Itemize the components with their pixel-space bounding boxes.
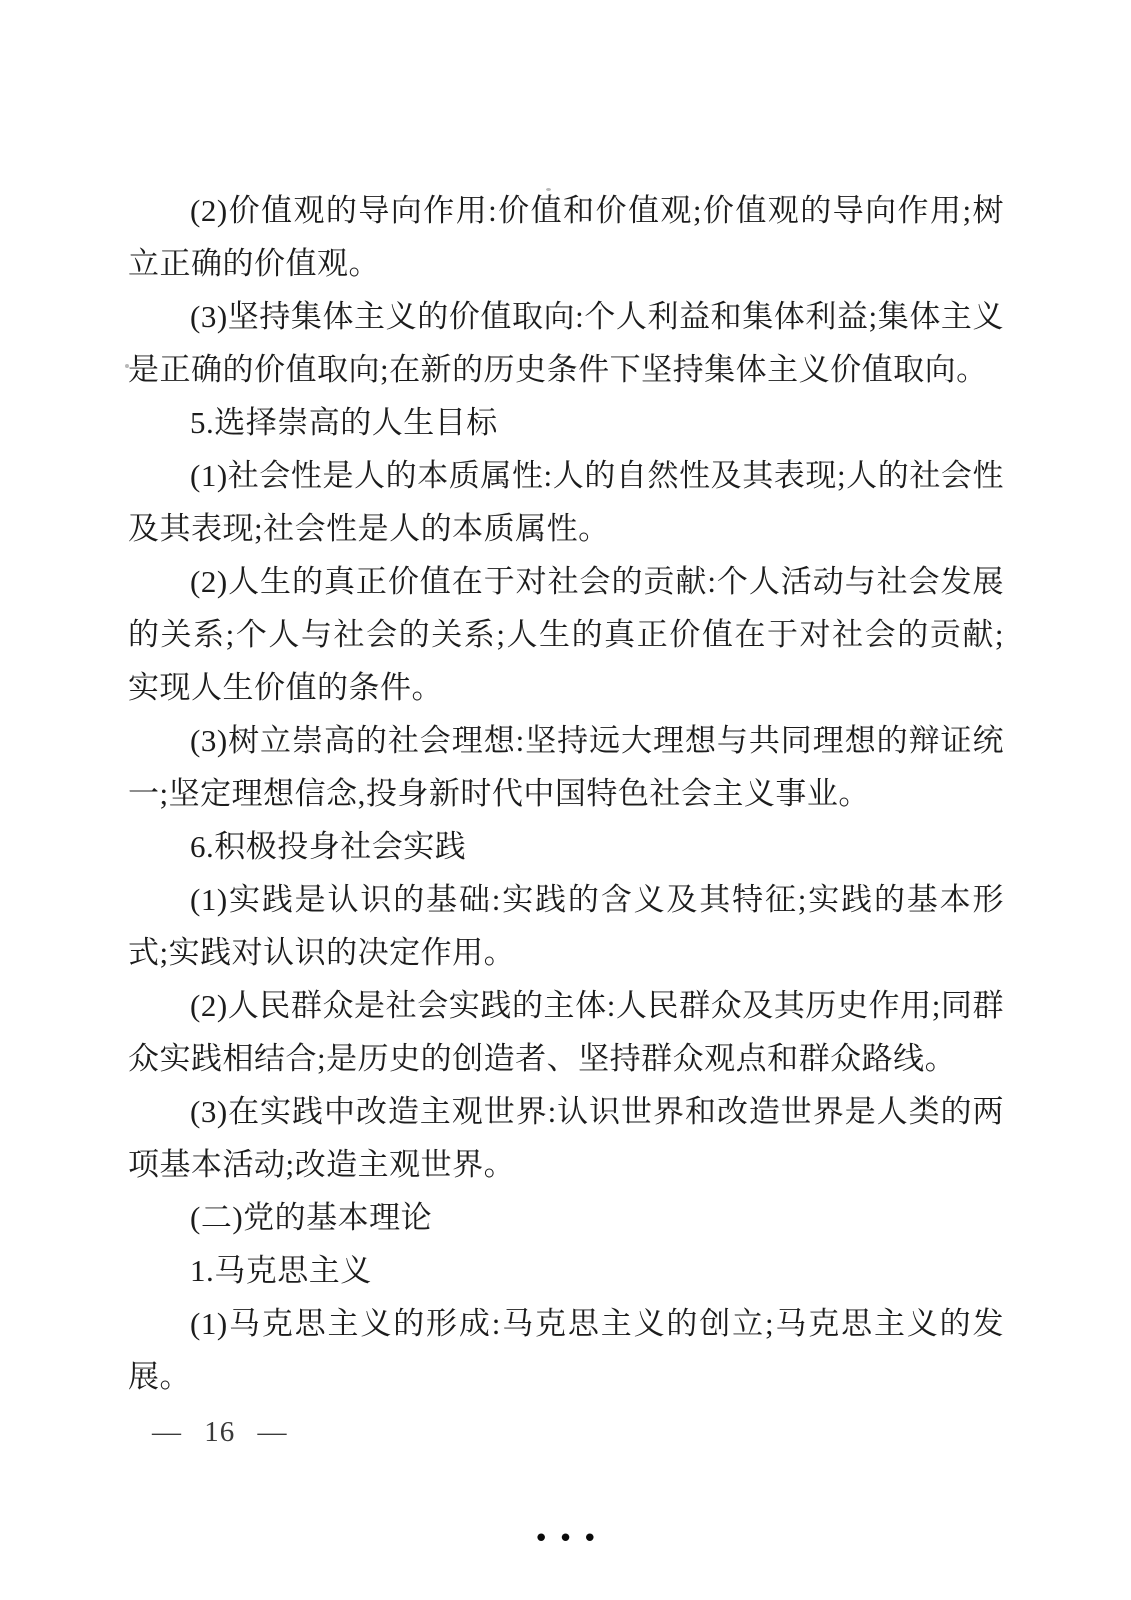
- document-content: (2)价值观的导向作用:价值和价值观;价值观的导向作用;树立正确的价值观。 (3…: [128, 184, 1004, 1403]
- para-1-practice-basis: (1)实践是认识的基础:实践的含义及其特征;实践的基本形式;实践对认识的决定作用…: [128, 873, 1004, 979]
- para-3-collectivism-orientation: (3)坚持集体主义的价值取向:个人利益和集体利益;集体主义是正确的价值取向;在新…: [128, 290, 1004, 396]
- page-number: — 16 —: [152, 1416, 288, 1449]
- para-2-masses-subject: (2)人民群众是社会实践的主体:人民群众及其历史作用;同群众实践相结合;是历史的…: [128, 979, 1004, 1085]
- para-1-marxism-formation: (1)马克思主义的形成:马克思主义的创立;马克思主义的发展。: [128, 1297, 1004, 1403]
- para-3-transform-subjective-world: (3)在实践中改造主观世界:认识世界和改造世界是人类的两项基本活动;改造主观世界…: [128, 1085, 1004, 1191]
- heading-1-marxism: 1.马克思主义: [128, 1244, 1004, 1297]
- heading-6-social-practice: 6.积极投身社会实践: [128, 820, 1004, 873]
- para-3-social-ideal: (3)树立崇高的社会理想:坚持远大理想与共同理想的辩证统一;坚定理想信念,投身新…: [128, 714, 1004, 820]
- scanned-document-page: (2)价值观的导向作用:价值和价值观;价值观的导向作用;树立正确的价值观。 (3…: [0, 0, 1131, 1600]
- heading-5-life-goal: 5.选择崇高的人生目标: [128, 396, 1004, 449]
- para-2-life-value-contribution: (2)人生的真正价值在于对社会的贡献:个人活动与社会发展的关系;个人与社会的关系…: [128, 555, 1004, 714]
- para-1-social-nature: (1)社会性是人的本质属性:人的自然性及其表现;人的社会性及其表现;社会性是人的…: [128, 449, 1004, 555]
- heading-section-2-party-basic-theory: (二)党的基本理论: [128, 1191, 1004, 1244]
- para-2-values-guiding-role: (2)价值观的导向作用:价值和价值观;价值观的导向作用;树立正确的价值观。: [128, 184, 1004, 290]
- bottom-dots-indicator: •••: [524, 1524, 606, 1554]
